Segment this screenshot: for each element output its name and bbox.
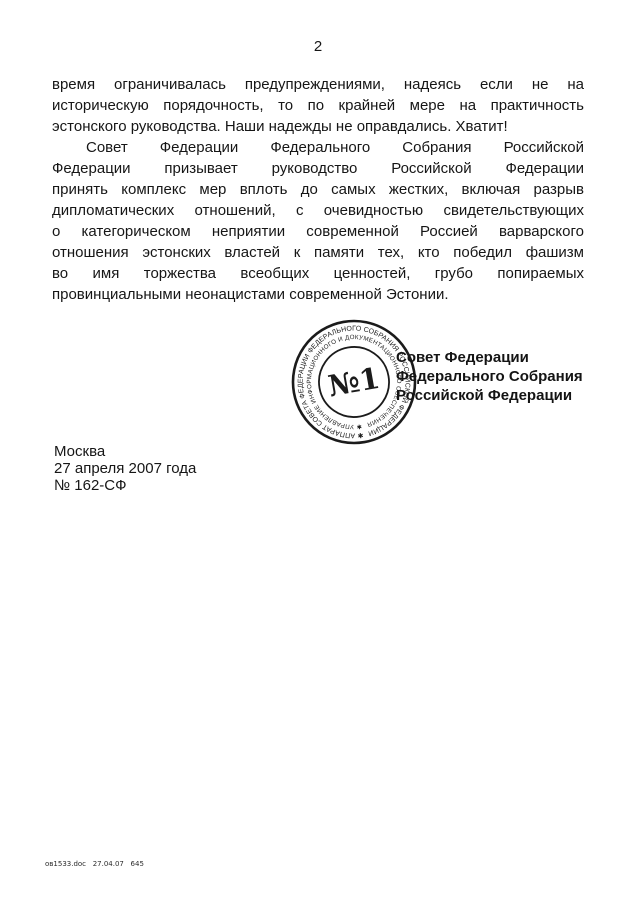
document-body: время ограничивалась предупреждениями, н… — [52, 74, 584, 305]
paragraph-continuation: время ограничивалась предупреждениями, н… — [52, 74, 584, 137]
document-number: № 162-СФ — [54, 477, 196, 494]
page-number: 2 — [52, 38, 584, 55]
issuance-details: Москва 27 апреля 2007 года № 162-СФ — [54, 443, 196, 494]
paragraph-resolution: Совет Федерации Федерального Собрания Ро… — [52, 137, 584, 305]
text-line: Федерации призывает руководство Российск… — [52, 158, 584, 179]
issuance-date: 27 апреля 2007 года — [54, 460, 196, 477]
text-line: историческую порядочность, то по крайней… — [52, 95, 584, 116]
authority-line: Российской Федерации — [396, 386, 583, 405]
authority-line: Совет Федерации — [396, 348, 583, 367]
authority-line: Федерального Собрания — [396, 367, 583, 386]
text-line: эстонского руководства. Наши надежды не … — [52, 116, 584, 137]
text-line: дипломатических отношений, с очевидность… — [52, 200, 584, 221]
issuance-city: Москва — [54, 443, 196, 460]
stamp-center-number: №1 — [326, 361, 383, 403]
text-line: о категорическом неприятии современной Р… — [52, 221, 584, 242]
text-line: провинциальными неонацистами современной… — [52, 284, 584, 305]
text-line: отношения эстонских властей к памяти тех… — [52, 242, 584, 263]
issuing-authority-block: Совет ФедерацииФедерального СобранияРосс… — [396, 348, 583, 405]
text-line: время ограничивалась предупреждениями, н… — [52, 74, 584, 95]
text-line: во имя торжества всеобщих ценностей, гру… — [52, 263, 584, 284]
text-line: принять комплекс мер вплоть до самых жес… — [52, 179, 584, 200]
text-line: Совет Федерации Федерального Собрания Ро… — [52, 137, 584, 158]
footer-file-note: ов1533.doc 27.04.07 645 — [45, 860, 144, 868]
